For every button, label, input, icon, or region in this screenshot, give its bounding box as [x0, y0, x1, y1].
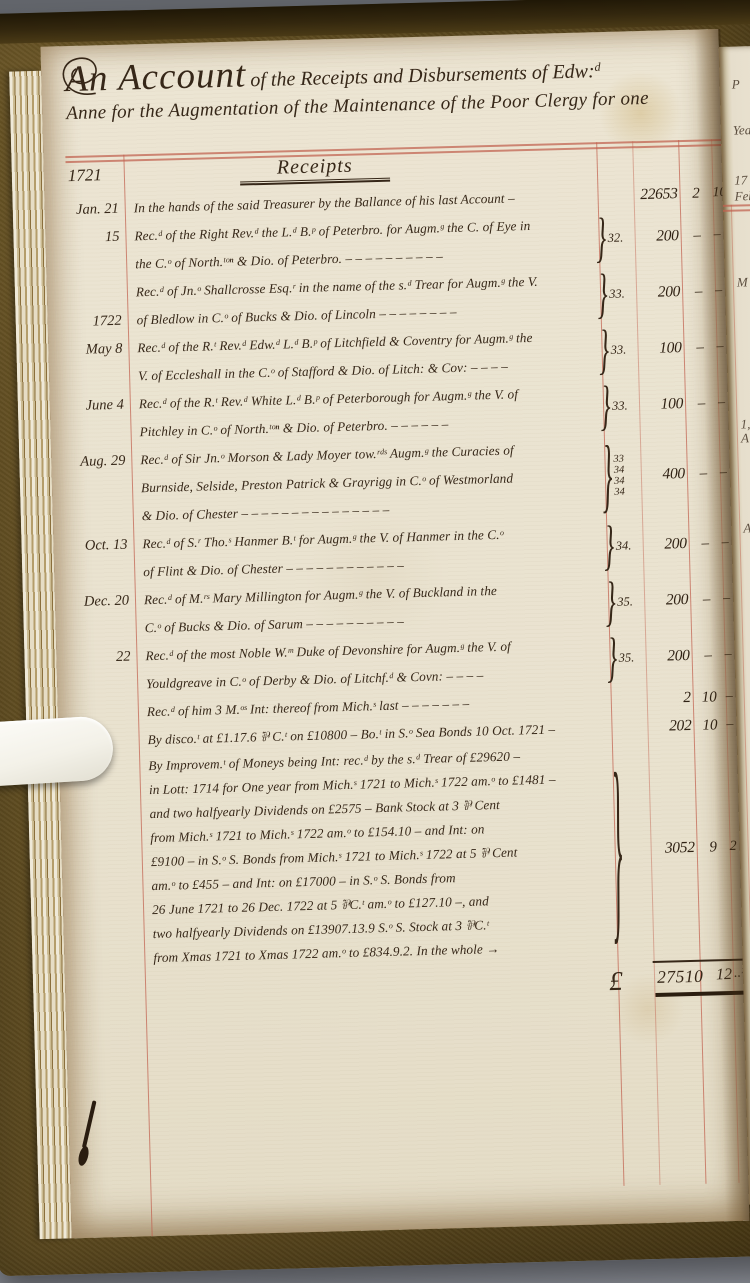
amount-pounds: 200: [640, 516, 689, 573]
title-superscript: d: [594, 60, 600, 74]
bone-folder-tab: [0, 715, 115, 786]
entry-ref-cell: }33.: [600, 377, 637, 434]
entry-date: 22: [56, 642, 138, 672]
entry-date: [50, 418, 132, 448]
ref-numbers: 32.: [608, 231, 624, 244]
total-pounds: 27510: [657, 966, 704, 988]
ledger-page: An Account of the Receipts and Disbursem…: [40, 29, 749, 1238]
entry-date: May 8: [48, 335, 130, 365]
sliver-fragment: Feb: [734, 188, 750, 205]
amount-pounds: 200: [632, 208, 681, 265]
receipts-heading: Receipts: [239, 154, 390, 186]
entry-ref-cell: }33.: [597, 265, 634, 322]
amount-pounds: 400: [638, 432, 688, 517]
ref-number: 33.: [610, 343, 626, 356]
amount-pounds: 100: [635, 320, 684, 377]
sliver-fragment: Ap: [743, 520, 750, 536]
ref-numbers: 35.: [617, 595, 633, 608]
ref-numbers: 35.: [619, 651, 635, 664]
entry-date: [63, 898, 145, 924]
ref-number: 33.: [609, 287, 625, 300]
entry-date: [61, 826, 143, 852]
entry-date: [60, 778, 142, 804]
amount-pounds: 100: [636, 376, 685, 433]
entry-ref-cell: }34.: [604, 517, 641, 574]
ref-number: 35.: [619, 651, 635, 664]
amount-pounds: 2: [644, 684, 693, 713]
sliver-red-rule-2: [723, 209, 750, 212]
total-currency: £: [609, 966, 623, 997]
ink-mark: [72, 1099, 104, 1172]
sliver-fragment: A: [741, 430, 749, 446]
entry-date: 1722: [47, 307, 129, 337]
entry-date: [49, 363, 131, 393]
entry-date: June 4: [50, 390, 132, 420]
entry-ref-cell: }33.: [599, 321, 636, 378]
entry-date: 15: [45, 223, 127, 253]
ref-number: 34: [614, 465, 625, 476]
ref-numbers: 33.: [610, 343, 626, 356]
entry-description: Aug. 29Rec.ᵈ of Sir Jn.ᵒ Morson & Lady M…: [51, 434, 604, 532]
entry-date: [54, 558, 136, 588]
sliver-fragment: M: [737, 274, 748, 290]
manuscript-photo: { "colors":{"ink":"#362718","rule_red":"…: [0, 0, 750, 1283]
sliver-fragment: 17: [734, 172, 747, 188]
ref-number: 34: [614, 476, 625, 487]
entry-ref-cell: }33343434: [602, 433, 640, 518]
entry-date: Aug. 29: [51, 446, 133, 476]
entry-date: [63, 922, 145, 948]
entry-date: [47, 279, 129, 309]
ref-numbers: 33.: [609, 287, 625, 300]
ref-number: 32.: [608, 231, 624, 244]
entry-ref-cell: }32.: [596, 209, 633, 266]
ref-numbers: 34.: [616, 539, 632, 552]
ref-number: 33: [613, 454, 624, 465]
ref-numbers: 33.: [612, 399, 628, 412]
entry-ref-cell: }35.: [607, 629, 644, 686]
sliver-fragment: P: [732, 76, 740, 92]
entry-date: [52, 474, 134, 504]
sliver-fragment: Yea: [733, 122, 750, 138]
entry-date: [57, 670, 139, 700]
amount-pounds: 200: [633, 264, 682, 321]
grand-total: £ 27510 12 ..½: [65, 960, 750, 1032]
entry-date: [52, 502, 134, 532]
entry-date: [46, 251, 128, 281]
ledger-entry: By Improvem.ᵗ of Moneys being Int: rec.ᵈ…: [59, 738, 750, 972]
account-book: An Account of the Receipts and Disbursem…: [0, 0, 750, 1276]
ledger-entries: Jan. 21In the hands of the said Treasure…: [44, 179, 750, 1033]
ref-number: 34.: [616, 539, 632, 552]
entry-date: Jan. 21: [44, 195, 126, 225]
page-title: An Account of the Receipts and Disbursem…: [65, 41, 717, 125]
margin-year: 1721: [50, 165, 120, 187]
entry-ref-cell: }: [610, 741, 652, 958]
entry-date: [62, 850, 144, 876]
ref-brace: }: [601, 427, 616, 525]
entry-description: By Improvem.ᵗ of Moneys being Int: rec.ᵈ…: [59, 742, 615, 972]
ref-brace: }: [606, 625, 620, 690]
amount-pounds: 3052: [646, 740, 700, 957]
amount-pounds: 202: [645, 712, 694, 741]
entry-ref-cell: }35.: [605, 573, 642, 630]
entry-date: [60, 802, 142, 828]
entry-date: Oct. 13: [53, 530, 135, 560]
ref-number: 33.: [612, 399, 628, 412]
entry-date: [55, 614, 137, 644]
red-rule-top-1: [65, 139, 721, 158]
amount-pounds: 200: [643, 628, 692, 685]
amount-pounds: 22653: [631, 180, 680, 209]
entry-date: [62, 874, 144, 900]
title-rest: of the Receipts and Disbursements of Edw…: [250, 60, 595, 91]
ref-number: 34: [614, 487, 625, 498]
amount-pounds: 200: [641, 572, 690, 629]
title-big-words: An Account: [65, 54, 247, 100]
entry-date: [64, 946, 146, 972]
ref-number: 35.: [617, 595, 633, 608]
entry-date: Dec. 20: [55, 586, 137, 616]
